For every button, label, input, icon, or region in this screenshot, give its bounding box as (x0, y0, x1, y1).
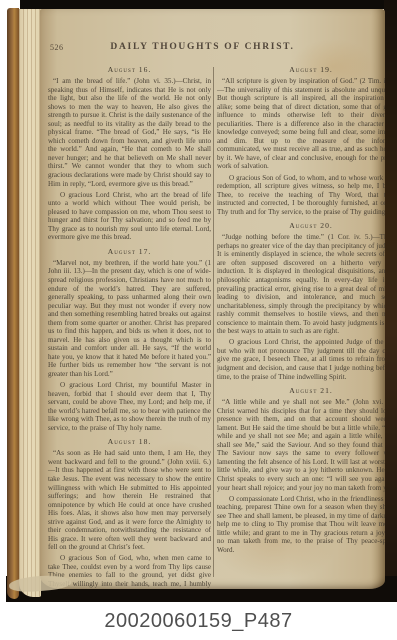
entry-body: “Judge nothing before the time.” (1 Cor.… (217, 233, 385, 381)
page-header: 526 DAILY THOUGHTS OF CHRIST. (40, 9, 385, 63)
devotional-entry: August 19. “All scripture is given by in… (217, 65, 385, 216)
entry-body: “I am the bread of life.” (John vi. 35.)… (48, 77, 211, 242)
column-left: August 16. “I am the bread of life.” (Jo… (48, 65, 211, 589)
commentary-paragraph: “Marvel not, my brethren, if the world h… (48, 259, 211, 379)
archival-id-label: 20020060159_P487 (104, 610, 292, 633)
devotional-entry: August 17. “Marvel not, my brethren, if … (48, 247, 211, 432)
page-title: DAILY THOUGHTS OF CHRIST. (40, 42, 365, 52)
book-spine-edge (7, 8, 19, 599)
prayer-paragraph: O gracious Lord Christ, the appointed Ju… (217, 338, 385, 381)
devotional-entry: August 20. “Judge nothing before the tim… (217, 221, 385, 381)
commentary-paragraph: “As soon as He had said unto them, I am … (48, 449, 211, 552)
commentary-paragraph: “All scripture is given by inspiration o… (217, 77, 385, 171)
entry-heading: August 18. (48, 437, 211, 446)
book-scan-photo: 526 DAILY THOUGHTS OF CHRIST. August 16.… (0, 0, 397, 602)
commentary-paragraph: “A little while and ye shall not see Me.… (217, 398, 385, 492)
prayer-paragraph: O compassionate Lord Christ, who in the … (217, 495, 385, 555)
prayer-paragraph: O gracious Lord Christ, who art the brea… (48, 191, 211, 242)
prayer-paragraph: O gracious Son of God, who, when men cam… (48, 554, 211, 589)
entry-heading: August 21. (217, 386, 385, 395)
commentary-paragraph: “Judge nothing before the time.” (1 Cor.… (217, 233, 385, 336)
column-right: August 19. “All scripture is given by in… (217, 65, 385, 556)
entry-heading: August 20. (217, 221, 385, 230)
stacked-page-edges (19, 9, 41, 597)
background-right-band (384, 0, 397, 602)
column-divider-rule (213, 67, 214, 577)
background-top-band (20, 0, 397, 9)
prayer-paragraph: O gracious Lord Christ, my bountiful Mas… (48, 381, 211, 432)
devotional-entry: August 16. “I am the bread of life.” (Jo… (48, 65, 211, 242)
entry-heading: August 17. (48, 247, 211, 256)
book-page: 526 DAILY THOUGHTS OF CHRIST. August 16.… (40, 9, 385, 589)
entry-body: “As soon as He had said unto them, I am … (48, 449, 211, 589)
prayer-paragraph: O gracious Son of God, to whom, and to w… (217, 174, 385, 217)
commentary-paragraph: “I am the bread of life.” (John vi. 35.)… (48, 77, 211, 188)
archival-label-strip: 20020060159_P487 (0, 602, 397, 640)
devotional-entry: August 18. “As soon as He had said unto … (48, 437, 211, 589)
entry-body: “A little while and ye shall not see Me.… (217, 398, 385, 554)
entry-heading: August 19. (217, 65, 385, 74)
entry-body: “All scripture is given by inspiration o… (217, 77, 385, 216)
devotional-entry: August 21. “A little while and ye shall … (217, 386, 385, 554)
entry-body: “Marvel not, my brethren, if the world h… (48, 259, 211, 432)
entry-heading: August 16. (48, 65, 211, 74)
